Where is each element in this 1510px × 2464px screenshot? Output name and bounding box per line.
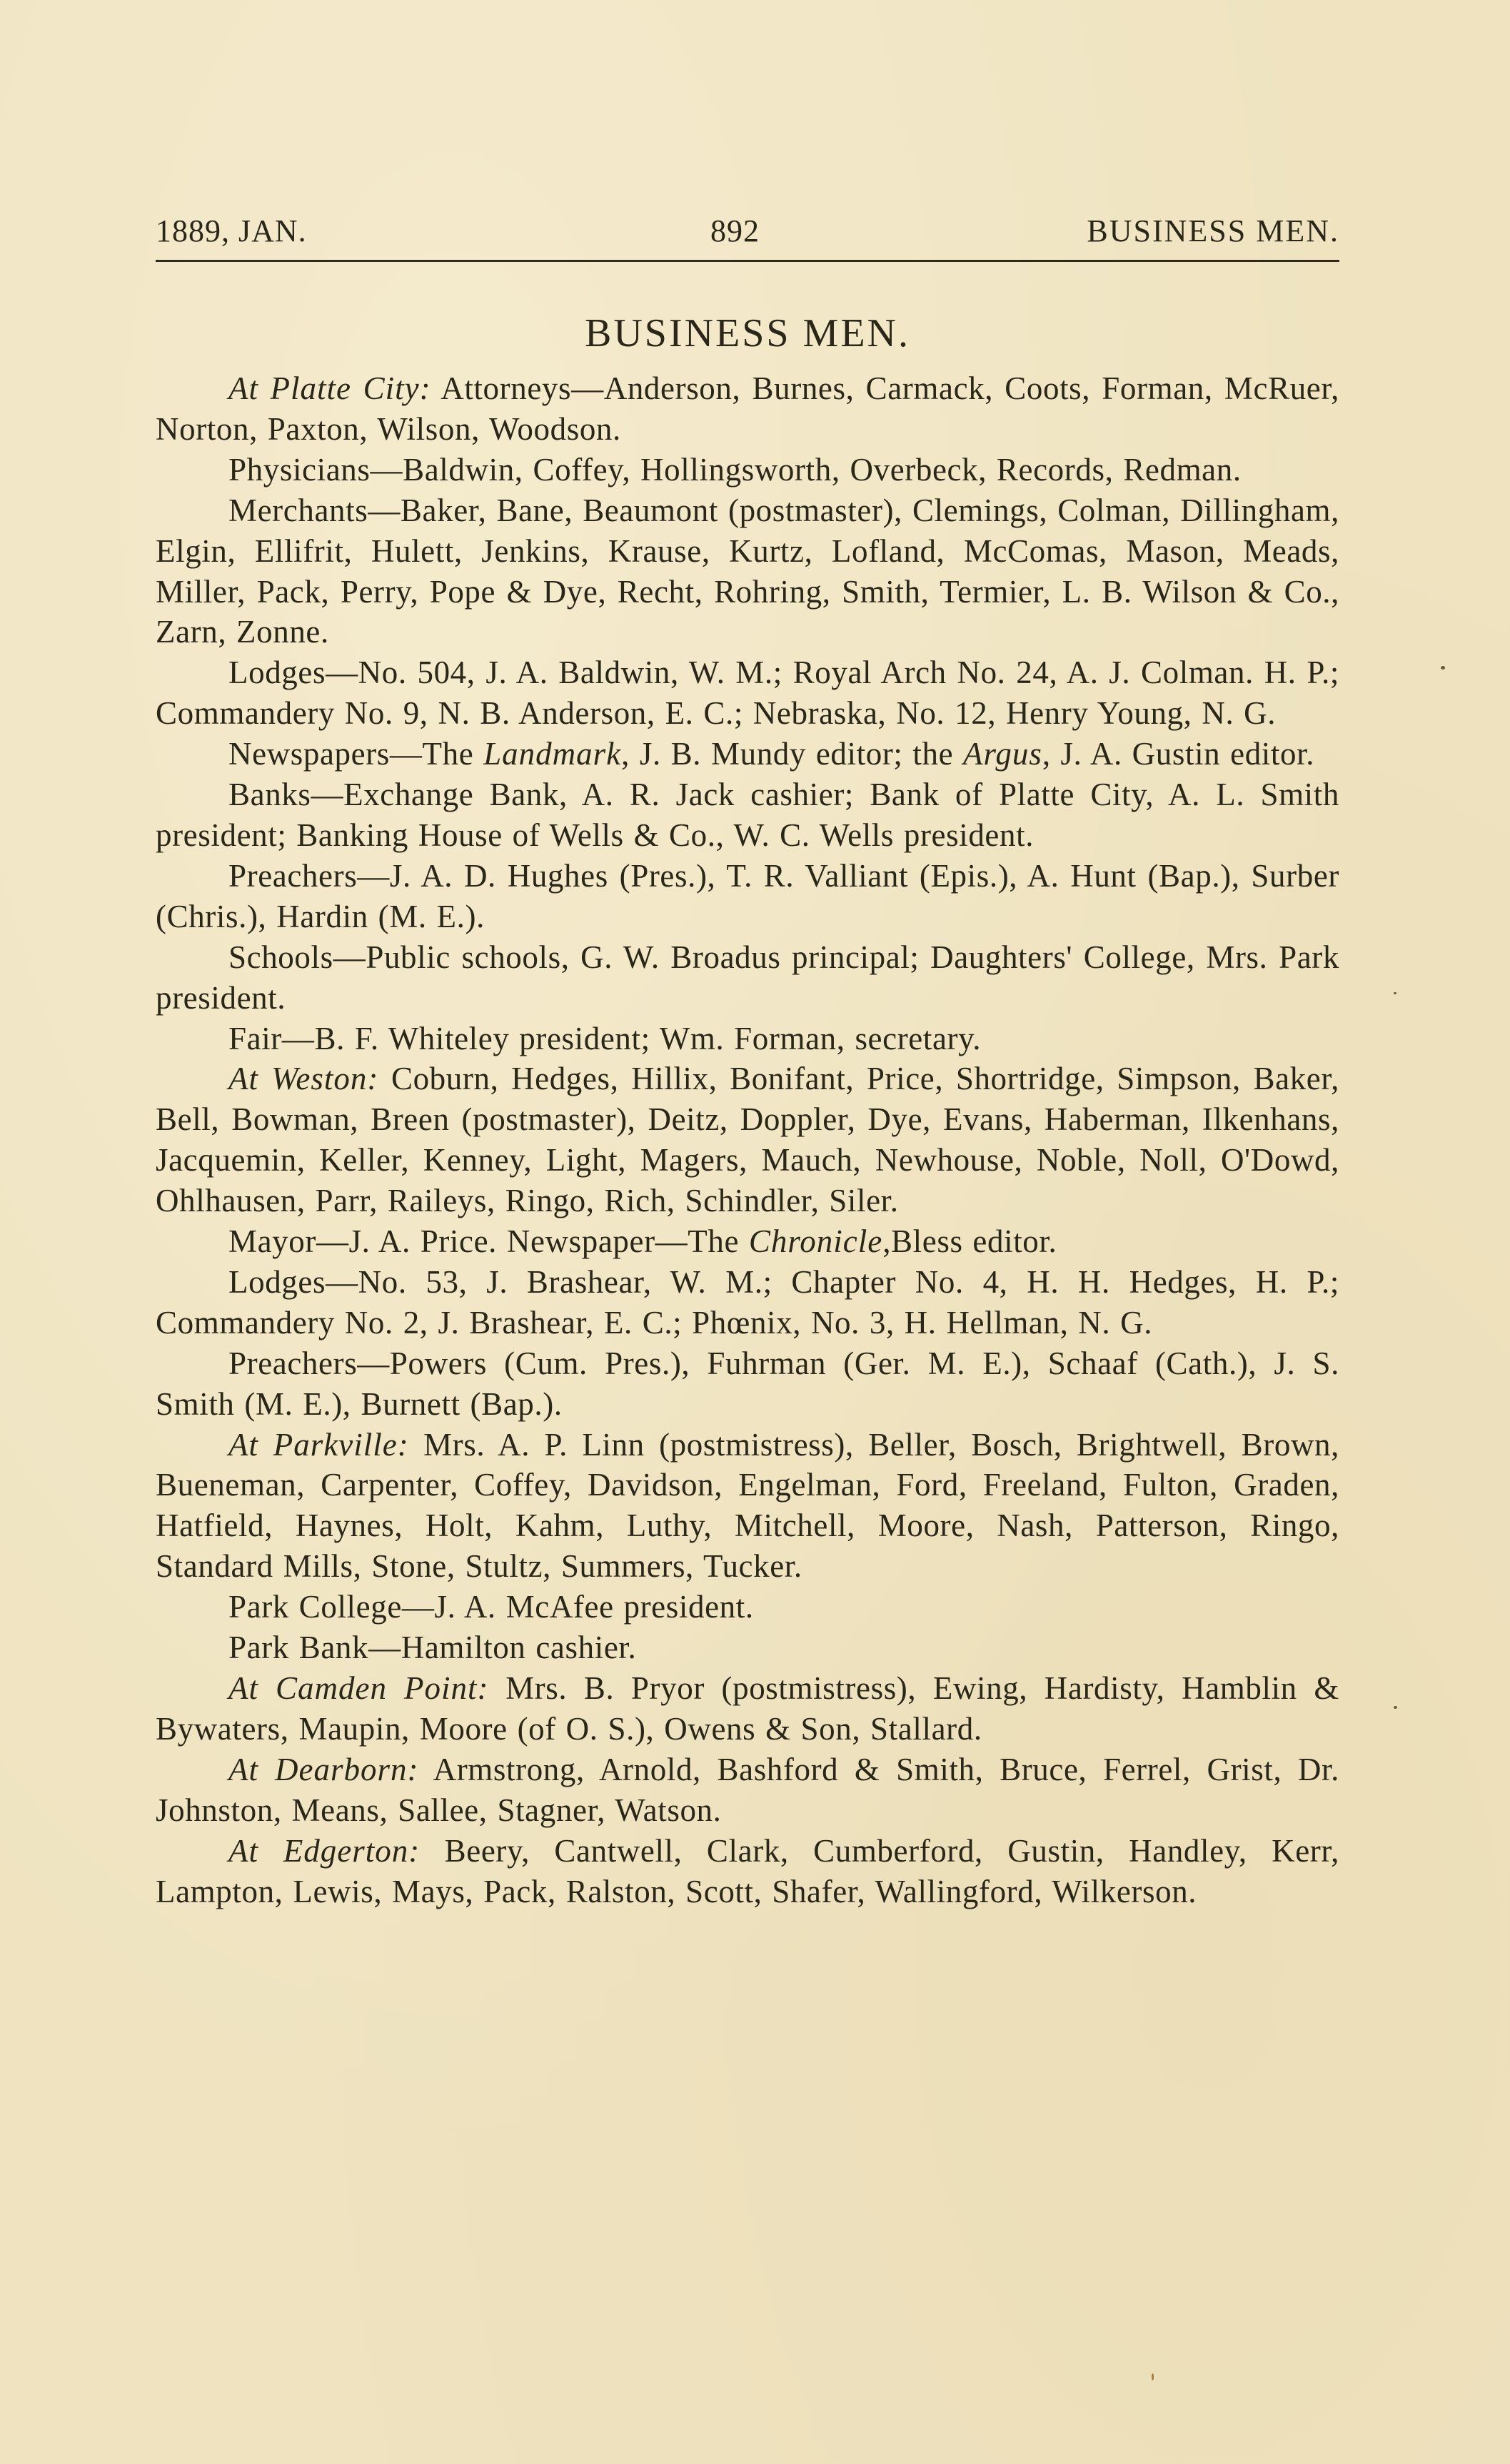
paragraph: Lodges—No. 504, J. A. Baldwin, W. M.; Ro… — [156, 652, 1339, 734]
italic-run: At Parkville: — [228, 1427, 409, 1463]
paper-speck — [1394, 1706, 1397, 1709]
body-text: At Platte City: Attorneys—Anderson, Burn… — [156, 368, 1339, 1912]
paper-speck — [1441, 666, 1445, 670]
text-run: Preachers—Powers (Cum. Pres.), Fuhrman (… — [156, 1345, 1339, 1422]
italic-run: At Weston: — [228, 1061, 378, 1096]
running-head-date: 1889, JAN. — [156, 211, 307, 251]
italic-run: Argus — [963, 736, 1042, 772]
paragraph: At Weston: Coburn, Hedges, Hillix, Bonif… — [156, 1059, 1339, 1221]
italic-run: Landmark — [483, 736, 621, 772]
paragraph: Mayor—J. A. Price. Newspaper—The Chronic… — [156, 1221, 1339, 1262]
paragraph: Preachers—J. A. D. Hughes (Pres.), T. R.… — [156, 856, 1339, 937]
paragraph: Schools—Public schools, G. W. Broadus pr… — [156, 937, 1339, 1019]
italic-run: At Platte City: — [228, 370, 431, 406]
text-run: , J. B. Mundy editor; the — [621, 736, 963, 772]
section-title: BUSINESS MEN. — [156, 308, 1339, 358]
text-run: Schools—Public schools, G. W. Broadus pr… — [156, 939, 1339, 1016]
text-run: Merchants—Baker, Bane, Beaumont (postmas… — [156, 493, 1339, 650]
text-run: Newspapers—The — [228, 736, 483, 772]
text-run: Physicians—Baldwin, Coffey, Hollingswort… — [228, 452, 1242, 488]
paragraph: At Dearborn: Armstrong, Arnold, Bashford… — [156, 1749, 1339, 1831]
running-head: 1889, JAN. 892 BUSINESS MEN. — [156, 211, 1339, 251]
paragraph: Merchants—Baker, Bane, Beaumont (postmas… — [156, 490, 1339, 653]
page-number: 892 — [710, 211, 760, 251]
text-run: ,Bless editor. — [882, 1223, 1057, 1259]
italic-run: At Dearborn: — [228, 1752, 418, 1787]
paragraph: Banks—Exchange Bank, A. R. Jack cashier;… — [156, 774, 1339, 856]
text-run: Lodges—No. 53, J. Brashear, W. M.; Chapt… — [156, 1264, 1339, 1340]
italic-run: At Edgerton: — [228, 1833, 420, 1869]
text-run: Lodges—No. 504, J. A. Baldwin, W. M.; Ro… — [156, 655, 1339, 731]
paragraph: Fair—B. F. Whiteley president; Wm. Forma… — [156, 1019, 1339, 1059]
italic-run: Chronicle — [749, 1223, 882, 1259]
paragraph: Park Bank—Hamilton cashier. — [156, 1627, 1339, 1668]
text-run: Park College—J. A. McAfee president. — [228, 1589, 754, 1625]
paragraph: Preachers—Powers (Cum. Pres.), Fuhrman (… — [156, 1343, 1339, 1425]
text-run: Banks—Exchange Bank, A. R. Jack cashier;… — [156, 777, 1339, 853]
text-run: Fair—B. F. Whiteley president; Wm. Forma… — [228, 1021, 981, 1056]
paragraph: At Edgerton: Beery, Cantwell, Clark, Cum… — [156, 1831, 1339, 1912]
text-run: Preachers—J. A. D. Hughes (Pres.), T. R.… — [156, 858, 1339, 934]
paragraph: At Camden Point: Mrs. B. Pryor (postmist… — [156, 1668, 1339, 1749]
italic-run: At Camden Point: — [228, 1670, 488, 1706]
paragraph: At Platte City: Attorneys—Anderson, Burn… — [156, 368, 1339, 450]
text-run: Mayor—J. A. Price. Newspaper—The — [228, 1223, 749, 1259]
paragraph: Physicians—Baldwin, Coffey, Hollingswort… — [156, 450, 1339, 490]
paper-speck — [1152, 2373, 1154, 2380]
paragraph: Park College—J. A. McAfee president. — [156, 1587, 1339, 1627]
paragraph: At Parkville: Mrs. A. P. Linn (postmistr… — [156, 1425, 1339, 1587]
text-run: Park Bank—Hamilton cashier. — [228, 1630, 636, 1665]
paragraph: Newspapers—The Landmark, J. B. Mundy edi… — [156, 734, 1339, 774]
text-run: , J. A. Gustin editor. — [1042, 736, 1314, 772]
paragraph: Lodges—No. 53, J. Brashear, W. M.; Chapt… — [156, 1262, 1339, 1343]
paper-speck — [1394, 992, 1396, 994]
running-head-section: BUSINESS MEN. — [1087, 211, 1339, 251]
header-rule — [156, 260, 1339, 262]
